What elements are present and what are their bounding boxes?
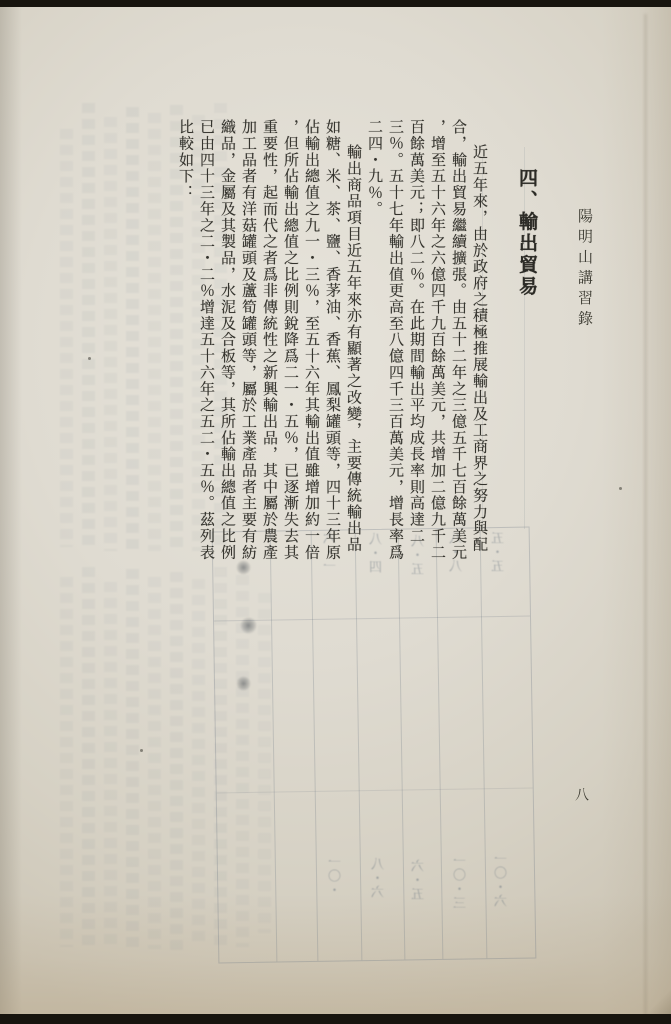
- text-column-7: 輸出商品項目近五年來亦有顯著之改變，主要傳統輸出品: [344, 144, 361, 553]
- text-column-13: 織品，金屬及其製品，水泥及合板等，其所佔輸出總值之比例: [218, 119, 235, 560]
- scanned-page: 五・五 八・八 八・五 八・四 六・一 一〇・六 一〇・三 六・五 八・六 一〇…: [0, 0, 671, 1024]
- bleed-through-text-column: [192, 579, 205, 947]
- bleed-through-text-column: [104, 117, 117, 551]
- text-column-10: ，但所佔輸出總值之比例則銳降爲二一・五％，已逐漸失去其: [281, 119, 298, 560]
- ink-smudge: [236, 676, 251, 691]
- scan-edge-bottom: [0, 1014, 671, 1024]
- table-line: [355, 530, 363, 960]
- text-column-11: 重要性，起而代之者爲非傳統性之新興輸出品，其中屬於農產: [260, 119, 277, 560]
- ghost-number: 八・四: [367, 532, 386, 574]
- scan-edge-top: [0, 0, 671, 7]
- table-line: [217, 788, 533, 794]
- table-line: [398, 530, 406, 960]
- text-column-9: 佔輸出總值之九一・三％，至五十六年其輸出值雖增加約一倍: [302, 119, 319, 560]
- text-column-14: 已由四十三年之二・二％增達五十六年之五二・五％。茲列表: [197, 119, 214, 560]
- bleed-through-text-column: [126, 569, 139, 949]
- table-line: [311, 531, 319, 961]
- ghost-number: 五・五: [489, 531, 508, 573]
- table-line: [214, 616, 530, 622]
- ghost-number: 八・六: [369, 857, 388, 899]
- bleed-through-text-column: [60, 129, 73, 547]
- text-column-3: ，增至五十六年之六億四千九百餘萬美元，共增加二億九千二: [428, 119, 445, 560]
- ghost-number: 一〇・: [326, 855, 345, 897]
- text-column-12: 加工品者有洋菇罐頭及蘆筍罐頭等，屬於工業產品者主要有紡: [239, 119, 256, 560]
- bleed-through-text-column: [82, 103, 95, 551]
- text-column-2: 合，輸出貿易繼續擴張。由五十二年之三億五千七百餘萬美元: [449, 119, 466, 560]
- table-line: [480, 528, 488, 958]
- paper-background: 五・五 八・八 八・五 八・四 六・一 一〇・六 一〇・三 六・五 八・六 一〇…: [0, 7, 671, 1014]
- book-title: 陽明山講習錄: [575, 208, 593, 331]
- speck: [619, 487, 622, 490]
- table-line: [436, 529, 444, 959]
- text-column-4: 百餘萬美元；即八二％。在此期間輸出平均成長率則高達二: [407, 119, 424, 544]
- bleed-through-text-column: [82, 567, 95, 951]
- table-line: [270, 532, 278, 962]
- section-title: 四、輸出貿易: [514, 168, 538, 298]
- bleed-through-text-column: [60, 577, 73, 947]
- speck: [140, 749, 143, 752]
- ghost-number: 一〇・三: [451, 854, 470, 910]
- paper-crease: [644, 14, 647, 1021]
- text-column-15: 比較如下：: [176, 119, 193, 201]
- speck: [88, 357, 91, 360]
- bleed-through-text-column: [126, 107, 139, 551]
- page-number: 八: [570, 787, 590, 801]
- bleed-through-text-column: [148, 577, 161, 949]
- bleed-through-text-column: [104, 582, 117, 947]
- text-column-1: 近五年來，由於政府之積極推展輸出及工商界之努力與配: [470, 144, 487, 553]
- text-column-5: 三％。五十七年輸出值更高至八億四千三百萬美元，增長率爲: [386, 119, 403, 560]
- text-column-8: 如糖、米、茶、鹽、香茅油、香蕉、鳳梨罐頭等，四十三年原: [323, 119, 340, 560]
- ink-smudge: [236, 560, 251, 575]
- bleed-through-text-column: [170, 572, 183, 950]
- ghost-number: 六・五: [409, 859, 428, 901]
- bleed-through-text-column: [148, 113, 161, 551]
- ghost-number: 一〇・六: [492, 852, 511, 908]
- text-column-6: 二四・九％。: [365, 119, 382, 217]
- ink-smudge: [240, 617, 257, 634]
